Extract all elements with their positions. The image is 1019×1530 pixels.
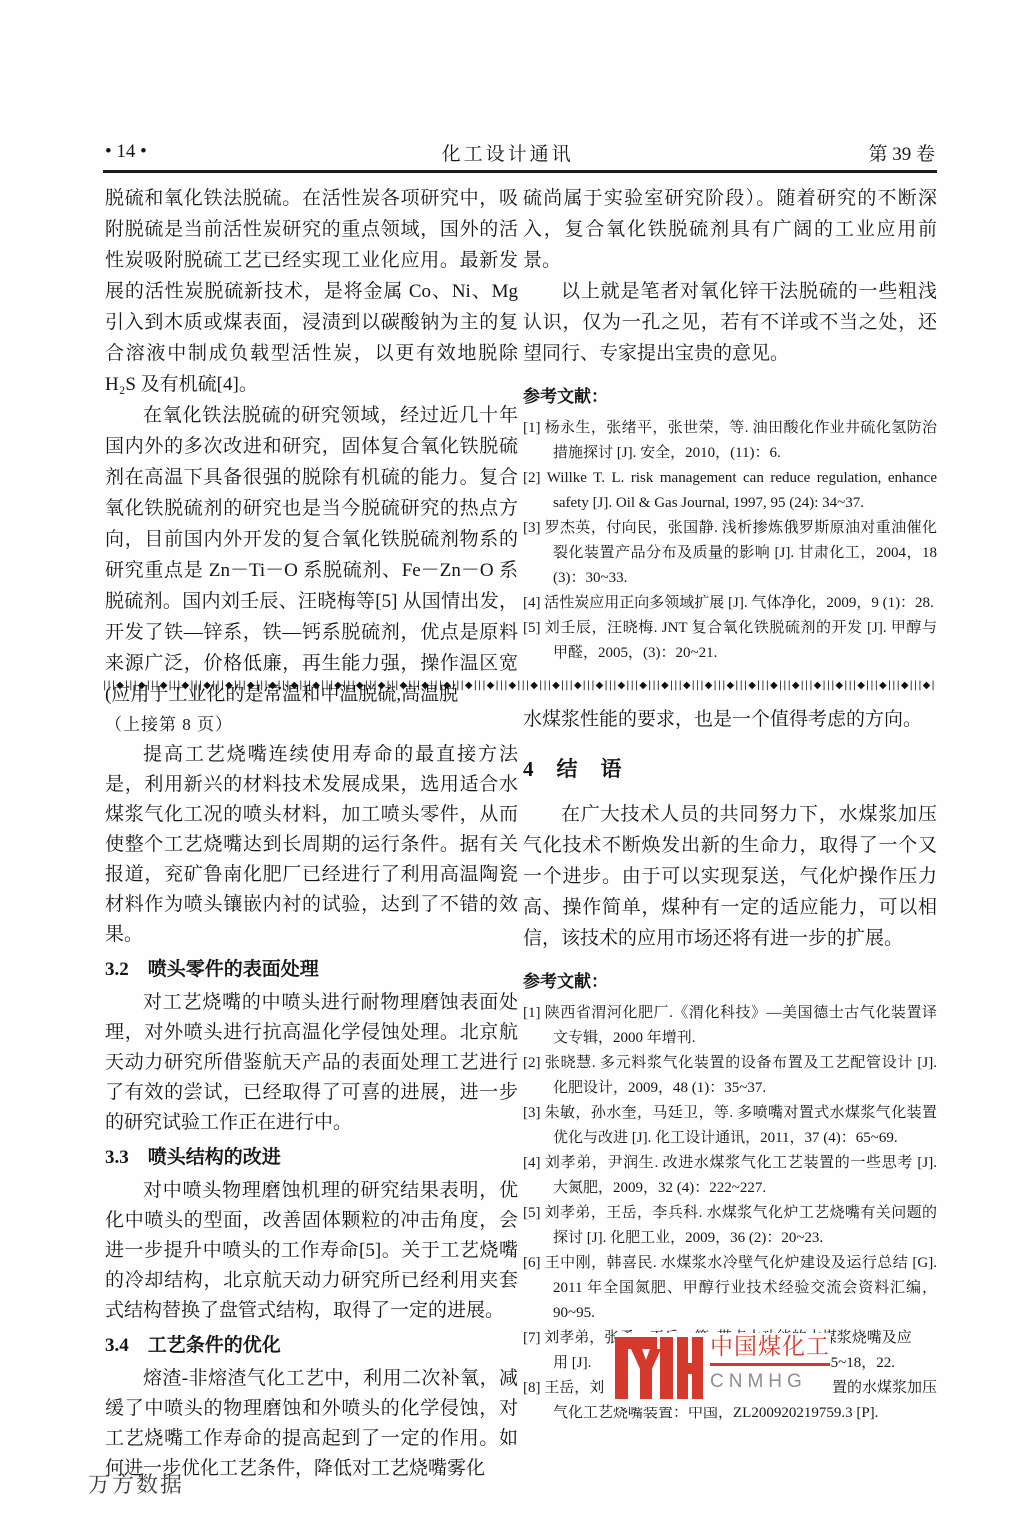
- section-heading-3-3: 3.3 喷头结构的改进: [105, 1143, 518, 1173]
- section-heading-3-2: 3.2 喷头零件的表面处理: [105, 955, 518, 985]
- section-heading-4: 4 结 语: [523, 753, 937, 783]
- reference-item: [4] 活性炭应用正向多领域扩展 [J]. 气体净化，2009，9 (1)：28…: [523, 591, 937, 616]
- references-heading: 参考文献：: [523, 382, 937, 407]
- paragraph: 对中喷头物理磨蚀机理的研究结果表明，优化中喷头的型面，改善固体颗粒的冲击角度，会…: [105, 1176, 518, 1326]
- reference-item: [6] 王中刚，韩喜民. 水煤浆水冷壁气化炉建设及运行总结 [G]. 2011 …: [523, 1251, 937, 1326]
- watermark-subtitle: CNMHG: [710, 1371, 830, 1393]
- reference-item: [3] 罗杰英，付向民，张国静. 浅析掺炼俄罗斯原油对重油催化裂化装置产品分布及…: [523, 516, 937, 591]
- bottom-right-column: 水煤浆性能的要求，也是一个值得考虑的方向。 4 结 语 在广大技术人员的共同努力…: [523, 704, 937, 1426]
- journal-page-scan: • 14 • 化工设计通讯 第 39 卷 脱硫和氧化铁法脱硫。在活性炭各项研究中…: [0, 0, 1019, 1530]
- paragraph: 在氧化铁法脱硫的研究领域，经过近几十年国内外的多次改进和研究，固体复合氧化铁脱硫…: [105, 400, 518, 710]
- reference-text: 用 [J].: [523, 1351, 591, 1376]
- references-heading: 参考文献：: [523, 967, 937, 992]
- paragraph: 对工艺烧嘴的中喷头进行耐物理磨蚀表面处理，对外喷头进行抗高温化学侵蚀处理。北京航…: [105, 988, 518, 1138]
- article-divider-ornament: |||◆|||◆|||◆|||◆|||◆|||◆|||◆|||◆|||◆|||◆…: [103, 676, 937, 696]
- header-rule: [103, 170, 937, 173]
- section-heading-3-4: 3.4 工艺条件的优化: [105, 1331, 518, 1361]
- watermark-title: 中国煤化工: [710, 1333, 830, 1366]
- reference-text: 置的水煤浆加压: [832, 1376, 937, 1401]
- paragraph: 硫尚属于实验室研究阶段）。随着研究的不断深入，复合氧化铁脱硫剂具有广阔的工业应用…: [523, 183, 937, 276]
- volume-number: 第 39 卷: [868, 139, 935, 166]
- reference-item: [2] 张晓慧. 多元料浆气化装置的设备布置及工艺配管设计 [J]. 化肥设计，…: [523, 1051, 937, 1101]
- reference-item: [3] 朱敏，孙水奎，马廷卫，等. 多喷嘴对置式水煤浆气化装置优化与改进 [J]…: [523, 1101, 937, 1151]
- reference-item: [5] 刘孝弟，王岳，李兵科. 水煤浆气化炉工艺烧嘴有关问题的探讨 [J]. 化…: [523, 1201, 937, 1251]
- reference-text: 15~18，22.: [823, 1351, 895, 1376]
- reference-item: [5] 刘壬辰，汪晓梅. JNT 复合氧化铁脱硫剂的开发 [J]. 甲醇与甲醛，…: [523, 616, 937, 666]
- reference-item: [1] 陕西省渭河化肥厂.《渭化科技》—美国德士古气化装置译文专辑，2000 年…: [523, 1001, 937, 1051]
- wanfang-data-watermark: 万方数据: [88, 1468, 184, 1499]
- top-left-column: 脱硫和氧化铁法脱硫。在活性炭各项研究中，吸附脱硫是当前活性炭研究的重点领域，国外…: [105, 183, 518, 710]
- top-right-column: 硫尚属于实验室研究阶段）。随着研究的不断深入，复合氧化铁脱硫剂具有广阔的工业应用…: [523, 183, 937, 666]
- reference-item: [2] Willke T. L. risk management can red…: [523, 466, 937, 516]
- paragraph: 熔渣-非熔渣气化工艺中，利用二次补氧，减缓了中喷头的物理磨蚀和外喷头的化学侵蚀，…: [105, 1364, 518, 1484]
- page-number: • 14 •: [105, 141, 147, 163]
- reference-text: [8] 王岳，刘: [523, 1376, 604, 1401]
- paragraph: 以上就是笔者对氧化锌干法脱硫的一些粗浅认识，仅为一孔之见，若有不详或不当之处，还…: [523, 276, 937, 369]
- paragraph: 在广大技术人员的共同努力下，水煤浆加压气化技术不断焕发出新的生命力，取得了一个又…: [523, 799, 937, 954]
- cnmhg-logo-icon: [615, 1333, 703, 1404]
- paragraph: 提高工艺烧嘴连续使用寿命的最直接方法是，利用新兴的材料技术发展成果，选用适合水煤…: [105, 740, 518, 950]
- paragraph: 水煤浆性能的要求，也是一个值得考虑的方向。: [523, 704, 937, 735]
- continued-from-note: （上接第 8 页）: [105, 710, 518, 740]
- reference-item: [1] 杨永生，张绪平，张世荣，等. 油田酸化作业井硫化氢防治措施探讨 [J].…: [523, 416, 937, 466]
- cnmhg-watermark-logo: 中国煤化工 CNMHG: [615, 1333, 831, 1407]
- reference-item: [4] 刘孝弟，尹润生. 改进水煤浆气化工艺装置的一些思考 [J]. 大氮肥，2…: [523, 1151, 937, 1201]
- page-header: • 14 • 化工设计通讯 第 39 卷: [105, 138, 935, 166]
- bottom-left-column: （上接第 8 页） 提高工艺烧嘴连续使用寿命的最直接方法是，利用新兴的材料技术发…: [105, 710, 518, 1484]
- paragraph: 脱硫和氧化铁法脱硫。在活性炭各项研究中，吸附脱硫是当前活性炭研究的重点领域，国外…: [105, 183, 518, 400]
- journal-title: 化工设计通讯: [442, 139, 574, 166]
